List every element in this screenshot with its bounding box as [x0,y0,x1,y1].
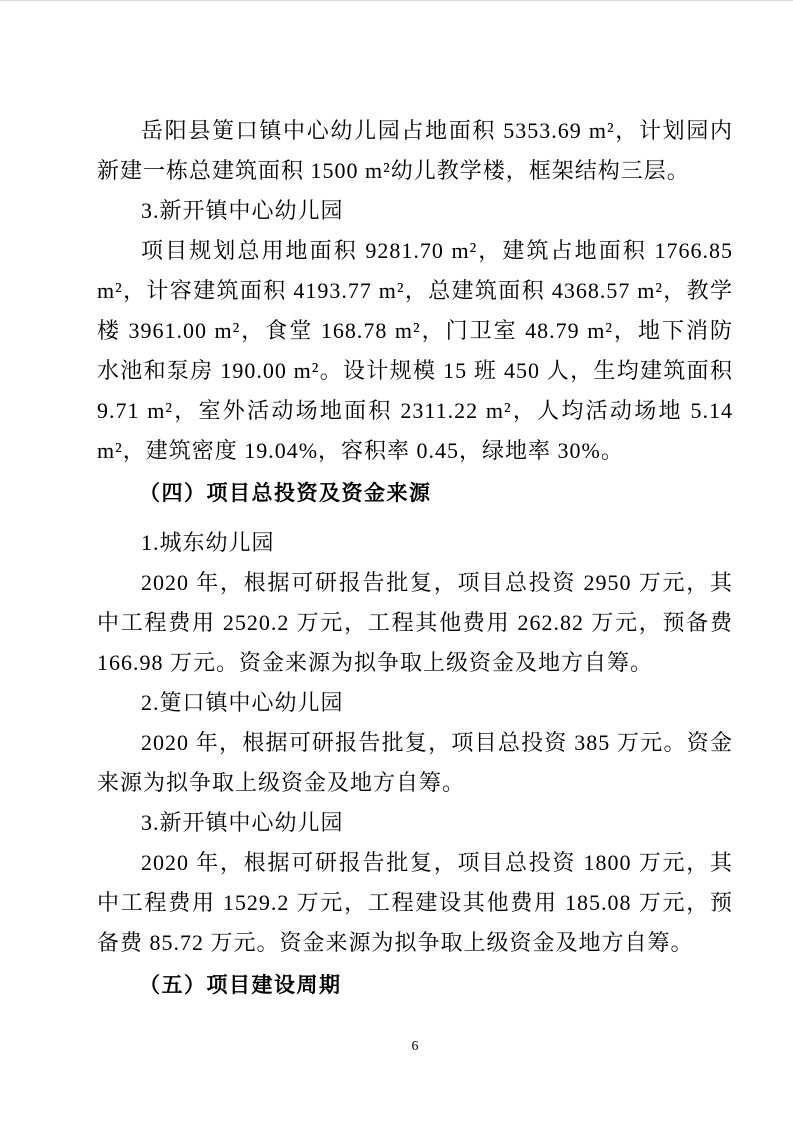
para-gangkou-investment: 2020 年，根据可研报告批复，项目总投资 385 万元。资金来源为拟争取上级资… [97,723,733,803]
item-1-chengdong-kindergarten: 1.城东幼儿园 [97,523,733,563]
page-number: 6 [97,1037,733,1057]
item-3-xinkai-kindergarten: 3.新开镇中心幼儿园 [97,191,733,231]
para-xinkai-investment: 2020 年，根据可研报告批复，项目总投资 1800 万元，其中工程费用 152… [97,843,733,963]
item-3-xinkai-kindergarten-repeat: 3.新开镇中心幼儿园 [97,803,733,843]
para-chengdong-investment: 2020 年，根据可研报告批复，项目总投资 2950 万元，其中工程费用 252… [97,563,733,683]
document-body: 岳阳县筻口镇中心幼儿园占地面积 5353.69 m²，计划园内新建一栋总建筑面积… [97,111,733,1015]
document-page: 岳阳县筻口镇中心幼儿园占地面积 5353.69 m²，计划园内新建一栋总建筑面积… [0,0,793,1122]
heading-section-5-construction-period: （五）项目建设周期 [97,965,733,1005]
item-2-gangkou-kindergarten: 2.筻口镇中心幼儿园 [97,683,733,723]
para-gangkou-kindergarten-area: 岳阳县筻口镇中心幼儿园占地面积 5353.69 m²，计划园内新建一栋总建筑面积… [97,111,733,191]
heading-section-4-investment: （四）项目总投资及资金来源 [97,473,733,513]
para-xinkai-planning-indicators: 项目规划总用地面积 9281.70 m²，建筑占地面积 1766.85 m²，计… [97,231,733,471]
